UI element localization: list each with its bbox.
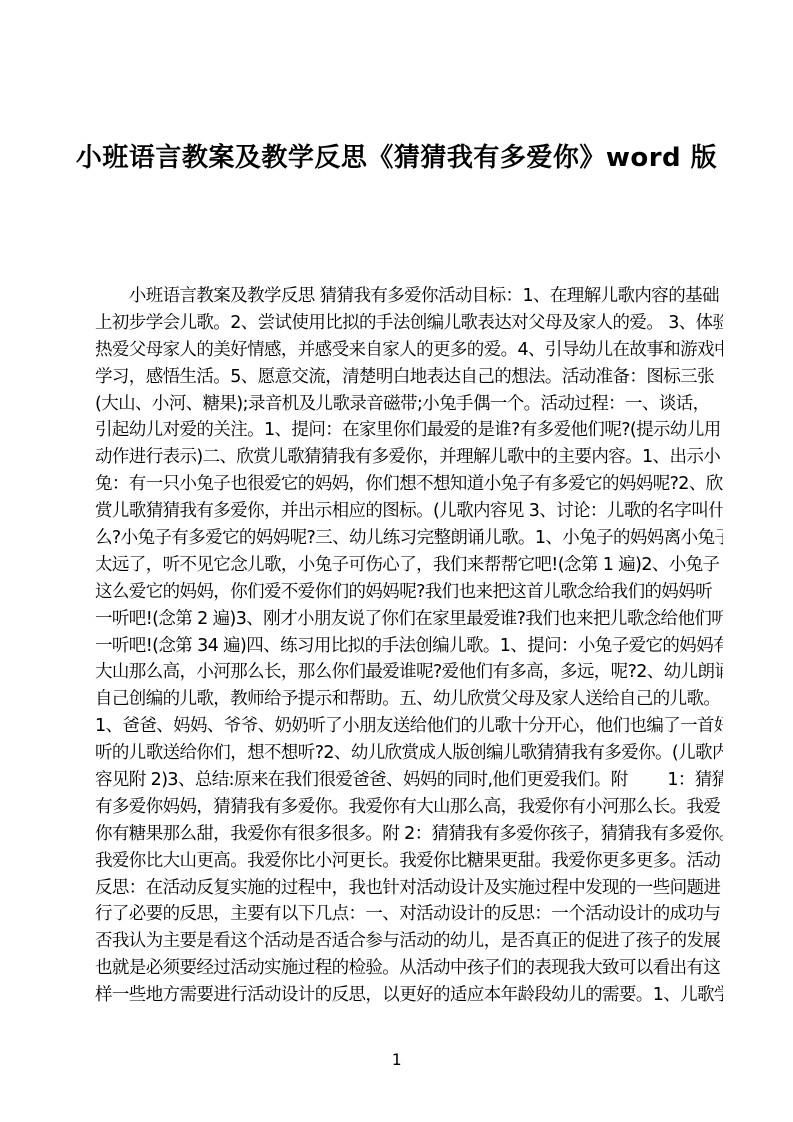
text-line: (大山、小河、糖果);录音机及儿歌录音磁带;小兔手偶一个。活动过程：一、谈话， <box>95 391 723 418</box>
text-line: 学习，感悟生活。5、愿意交流，清楚明白地表达自己的想法。活动准备：图标三张 <box>95 364 723 391</box>
text-line: 行了必要的反思，主要有以下几点：一、对活动设计的反思：一个活动设计的成功与 <box>95 901 723 928</box>
text-line: 赏儿歌猜猜我有多爱你，并出示相应的图标。(儿歌内容见 3、讨论：儿歌的名字叫什 <box>95 498 723 525</box>
text-line: 1、爸爸、妈妈、爷爷、奶奶听了小朋友送给他们的儿歌十分开心，他们也编了一首好 <box>95 713 723 740</box>
text-line: 热爱父母家人的美好情感，并感受来自家人的更多的爱。4、引导幼儿在故事和游戏中 <box>95 337 723 364</box>
text-line: 我爱你比大山更高。我爱你比小河更长。我爱你比糖果更甜。我爱你更多更多。活动 <box>95 848 723 875</box>
text-line: 自己创编的儿歌，教师给予提示和帮助。五、幼儿欣赏父母及家人送给自己的儿歌。 <box>95 686 723 713</box>
text-line: 有多爱你妈妈，猜猜我有多爱你。我爱你有大山那么高，我爱你有小河那么长。我爱 <box>95 794 723 821</box>
text-line: 一听吧!(念第 34 遍)四、练习用比拟的手法创编儿歌。1、提问：小兔子爱它的妈… <box>95 633 723 660</box>
text-line: 这么爱它的妈妈，你们爱不爱你们的妈妈呢?我们也来把这首儿歌念给我们的妈妈听 <box>95 579 723 606</box>
text-line: 引起幼儿对爱的关注。1、提问：在家里你们最爱的是谁?有多爱他们呢?(提示幼儿用 <box>95 417 723 444</box>
text-line: 么?小兔子有多爱它的妈妈呢?三、幼儿练习完整朗诵儿歌。1、小兔子的妈妈离小兔子 <box>95 525 723 552</box>
text-line: 否我认为主要是看这个活动是否适合参与活动的幼儿，是否真正的促进了孩子的发展 <box>95 928 723 955</box>
text-line: 小班语言教案及教学反思 猜猜我有多爱你活动目标：1、在理解儿歌内容的基础 <box>95 283 723 310</box>
text-line: 一听吧!(念第 2 遍)3、刚才小朋友说了你们在家里最爱谁?我们也来把儿歌念给他… <box>95 606 723 633</box>
text-line: 太远了，听不见它念儿歌，小兔子可伤心了，我们来帮帮它吧!(念第 1 遍)2、小兔… <box>95 552 723 579</box>
text-line: 容见附 2)3、总结:原来在我们很爱爸爸、妈妈的同时,他们更爱我们。附 1：猜猜… <box>95 767 723 794</box>
text-line: 上初步学会儿歌。2、尝试使用比拟的手法创编儿歌表达对父母及家人的爱。 3、体验 <box>95 310 723 337</box>
text-line: 你有糖果那么甜，我爱你有很多很多。附 2：猜猜我有多爱你孩子，猜猜我有多爱你。 <box>95 821 723 848</box>
text-line: 动作进行表示)二、欣赏儿歌猜猜我有多爱你，并理解儿歌中的主要内容。1、出示小 <box>95 444 723 471</box>
text-line: 反思：在活动反复实施的过程中，我也针对活动设计及实施过程中发现的一些问题进 <box>95 875 723 902</box>
document-page: 小班语言教案及教学反思《猜猜我有多爱你》word 版 小班语言教案及教学反思 猜… <box>0 0 793 1122</box>
text-line: 大山那么高，小河那么长，那么你们最爱谁呢?爱他们有多高，多远，呢?2、幼儿朗诵 <box>95 659 723 686</box>
text-line: 听的儿歌送给你们，想不想听?2、幼儿欣赏成人版创编儿歌猜猜我有多爱你。(儿歌内 <box>95 740 723 767</box>
document-title: 小班语言教案及教学反思《猜猜我有多爱你》word 版 <box>0 137 793 174</box>
text-line: 兔：有一只小兔子也很爱它的妈妈，你们想不想知道小兔子有多爱它的妈妈呢?2、欣 <box>95 471 723 498</box>
text-line: 也就是必须要经过活动实施过程的检验。从活动中孩子们的表现我大致可以看出有这 <box>95 955 723 982</box>
page-number: 1 <box>0 1050 793 1069</box>
document-body: 小班语言教案及教学反思 猜猜我有多爱你活动目标：1、在理解儿歌内容的基础上初步学… <box>95 283 723 1015</box>
text-line: 样一些地方需要进行活动设计的反思，以更好的适应本年龄段幼儿的需要。1、儿歌学 <box>95 982 723 1009</box>
